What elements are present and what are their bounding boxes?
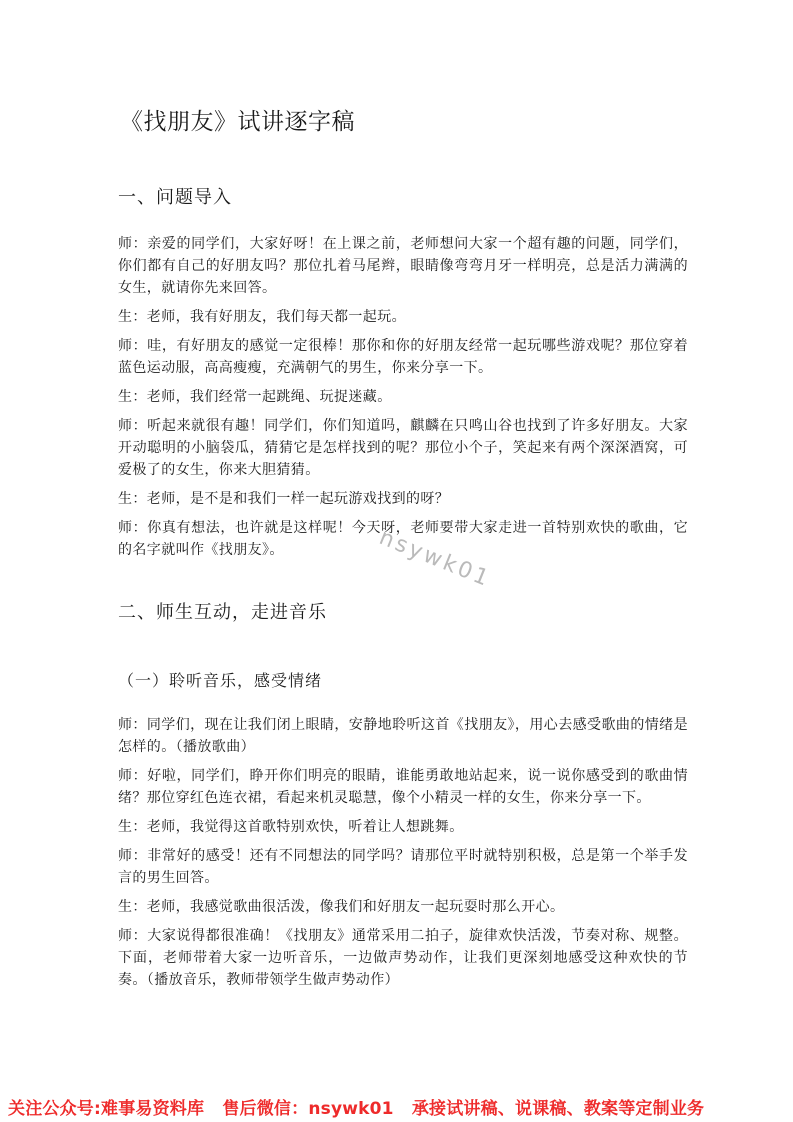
dialogue-paragraph: 师：非常好的感受！还有不同想法的同学吗？请那位平时就特别积极，总是第一个举手发言… bbox=[118, 845, 688, 889]
dialogue-paragraph: 师：好啦，同学们，睁开你们明亮的眼睛，谁能勇敢地站起来，说一说你感受到的歌曲情绪… bbox=[118, 765, 688, 809]
section-heading-1: 一、问题导入 bbox=[118, 183, 232, 209]
dialogue-paragraph: 生：老师，我有好朋友，我们每天都一起玩。 bbox=[118, 306, 688, 328]
dialogue-paragraph: 师：大家说得都很准确！《找朋友》通常采用二拍子，旋律欢快活泼，节奏对称、规整。下… bbox=[118, 925, 688, 991]
subsection-heading: （一）聆听音乐，感受情绪 bbox=[118, 668, 322, 691]
section-1-body: 师：亲爱的同学们，大家好呀！在上课之前，老师想问大家一个超有趣的问题，同学们，你… bbox=[118, 233, 688, 568]
footer-wechat-account: 关注公众号:难事易资料库 bbox=[8, 1099, 204, 1119]
dialogue-paragraph: 生：老师，我觉得这首歌特别欢快，听着让人想跳舞。 bbox=[118, 816, 688, 838]
footer-service-note: 承接试讲稿、说课稿、教案等定制业务 bbox=[412, 1099, 704, 1119]
footer-promo-banner: 关注公众号:难事易资料库 售后微信：nsywk01 承接试讲稿、说课稿、教案等定… bbox=[8, 1094, 793, 1119]
footer-after-sales-contact: 售后微信：nsywk01 bbox=[222, 1099, 393, 1119]
page-title: 《找朋友》试讲逐字稿 bbox=[120, 103, 355, 136]
dialogue-paragraph: 师：同学们，现在让我们闭上眼睛，安静地聆听这首《找朋友》，用心去感受歌曲的情绪是… bbox=[118, 714, 688, 758]
dialogue-paragraph: 生：老师，我们经常一起跳绳、玩捉迷藏。 bbox=[118, 386, 688, 408]
subsection-1-body: 师：同学们，现在让我们闭上眼睛，安静地聆听这首《找朋友》，用心去感受歌曲的情绪是… bbox=[118, 714, 688, 998]
dialogue-paragraph: 师：听起来就很有趣！同学们，你们知道吗，麒麟在只鸣山谷也找到了许多好朋友。大家开… bbox=[118, 415, 688, 481]
dialogue-paragraph: 生：老师，我感觉歌曲很活泼，像我们和好朋友一起玩耍时那么开心。 bbox=[118, 896, 688, 918]
section-heading-2: 二、师生互动，走进音乐 bbox=[118, 598, 327, 624]
dialogue-paragraph: 师：亲爱的同学们，大家好呀！在上课之前，老师想问大家一个超有趣的问题，同学们，你… bbox=[118, 233, 688, 299]
dialogue-paragraph: 生：老师，是不是和我们一样一起玩游戏找到的呀？ bbox=[118, 488, 688, 510]
dialogue-paragraph: 师：哇，有好朋友的感觉一定很棒！那你和你的好朋友经常一起玩哪些游戏呢？那位穿着蓝… bbox=[118, 335, 688, 379]
